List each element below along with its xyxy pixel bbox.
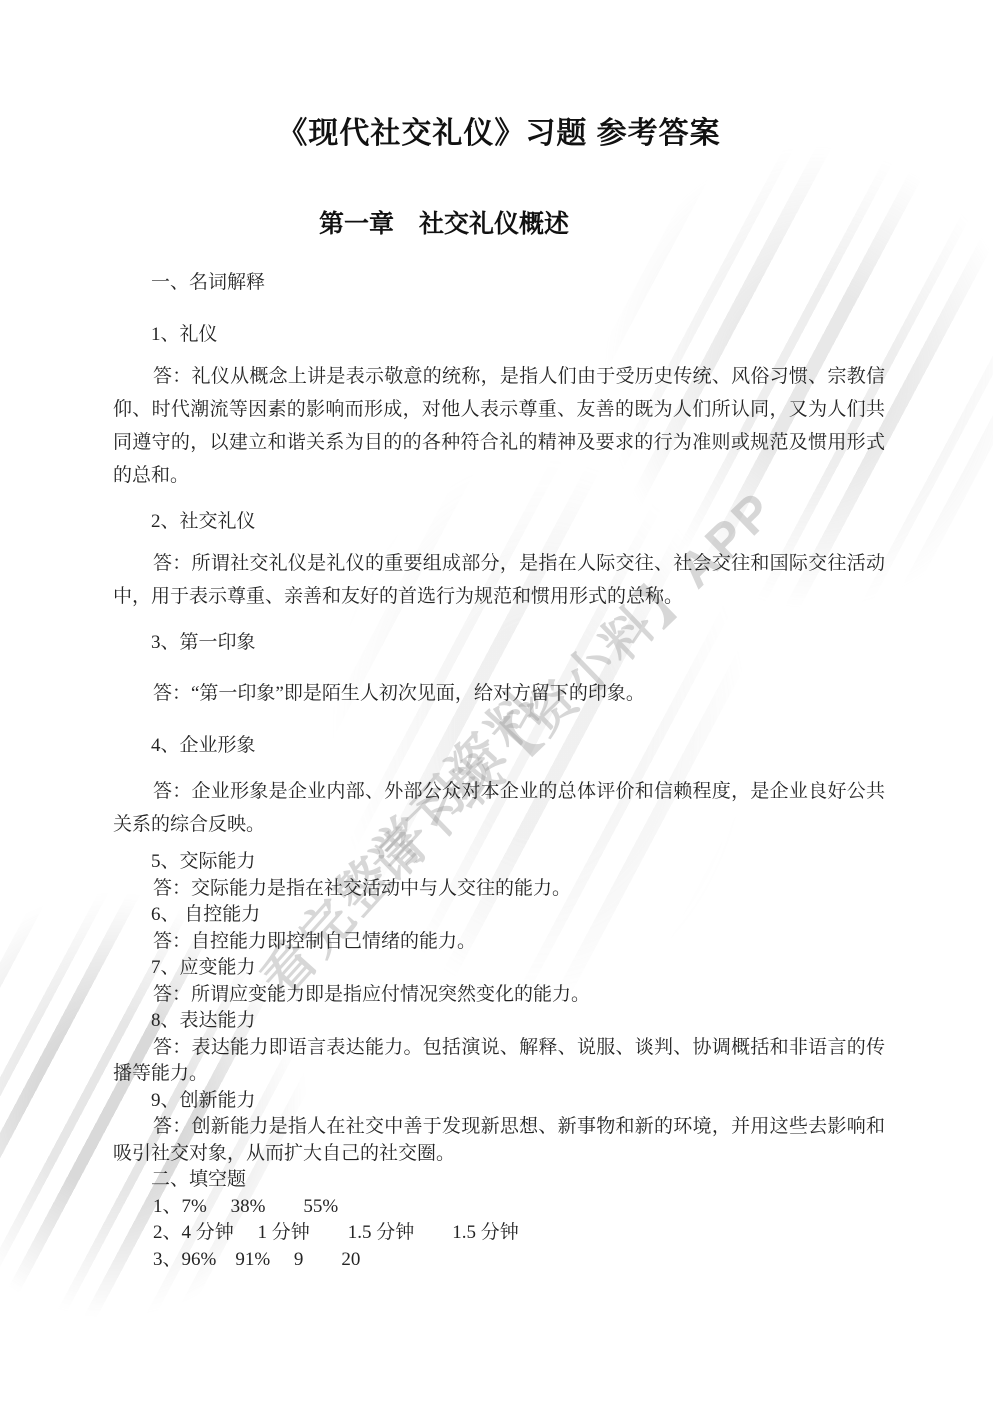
- answer-paragraph: 答：企业形象是企业内部、外部公众对本企业的总体评价和信赖程度，是企业良好公共关系…: [113, 775, 885, 841]
- answer-paragraph: 答：礼仪从概念上讲是表示敬意的统称，是指人们由于受历史传统、风俗习惯、宗教信仰、…: [113, 360, 885, 492]
- answer-paragraph: 2、4 分钟 1 分钟 1.5 分钟 1.5 分钟: [113, 1220, 885, 1247]
- answer-paragraph: 3、96% 91% 9 20: [113, 1247, 885, 1274]
- item-label: 7、应变能力: [113, 955, 885, 982]
- item-label: 6、 自控能力: [113, 902, 885, 929]
- chapter-heading: 第一章 社交礼仪概述: [113, 204, 775, 244]
- answer-paragraph: 答：“第一印象”即是陌生人初次见面，给对方留下的印象。: [113, 677, 885, 710]
- item-label: 2、社交礼仪: [113, 505, 885, 538]
- item-label: 8、表达能力: [113, 1008, 885, 1035]
- item-label: 二、填空题: [113, 1167, 885, 1194]
- answer-paragraph: 答：所谓社交礼仪是礼仪的重要组成部分，是指在人际交往、社会交往和国际交往活动中，…: [113, 547, 885, 613]
- item-label: 一、名词解释: [113, 266, 885, 299]
- answer-paragraph: 答：自控能力即控制自己情绪的能力。: [113, 929, 885, 956]
- answer-paragraph: 1、7% 38% 55%: [113, 1194, 885, 1221]
- document-content: 《现代社交礼仪》习题 参考答案 第一章 社交礼仪概述 一、名词解释1、礼仪答：礼…: [113, 0, 885, 1273]
- page-title: 《现代社交礼仪》习题 参考答案: [113, 112, 885, 156]
- answer-paragraph: 答：表达能力即语言表达能力。包括演说、解释、说服、谈判、协调概括和非语言的传播等…: [113, 1035, 885, 1088]
- answer-paragraph: 答：所谓应变能力即是指应付情况突然变化的能力。: [113, 982, 885, 1009]
- item-label: 4、企业形象: [113, 729, 885, 762]
- item-label: 9、创新能力: [113, 1088, 885, 1115]
- answer-paragraph: 答：创新能力是指人在社交中善于发现新思想、新事物和新的环境，并用这些去影响和吸引…: [113, 1114, 885, 1167]
- item-label: 5、交际能力: [113, 849, 885, 876]
- item-label: 3、第一印象: [113, 626, 885, 659]
- item-label: 1、礼仪: [113, 318, 885, 351]
- document-body: 一、名词解释1、礼仪答：礼仪从概念上讲是表示敬意的统称，是指人们由于受历史传统、…: [113, 266, 885, 1273]
- document-page: 看完整学习资料 请下载【资小料】APP 《现代社交礼仪》习题 参考答案 第一章 …: [0, 0, 993, 1404]
- answer-paragraph: 答：交际能力是指在社交活动中与人交往的能力。: [113, 876, 885, 903]
